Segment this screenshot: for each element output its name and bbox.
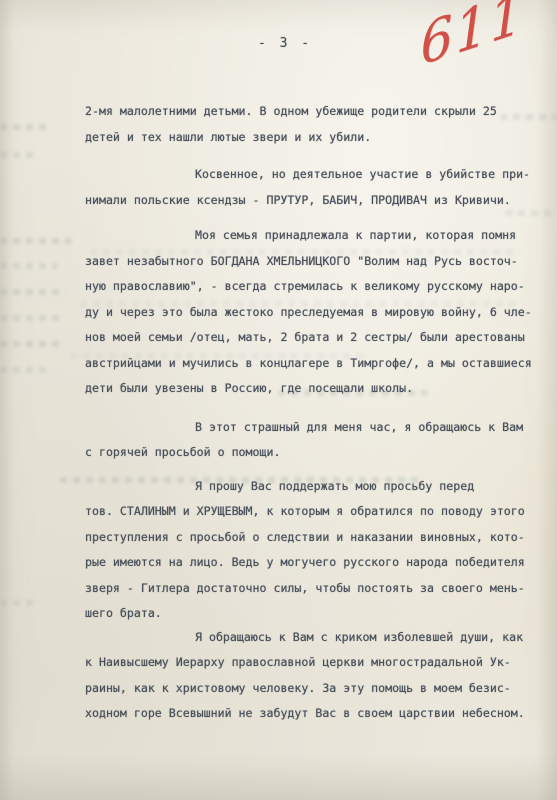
text-line: австрийцами и мучились в концлагере в Ти…: [85, 356, 537, 382]
paragraph: Косвенное, но деятельное участие в убийс…: [85, 167, 537, 218]
text-line: завет незабытного БОГДАНА ХМЕЛЬНИЦКОГО "…: [85, 254, 537, 280]
bleed-through-mark: [0, 367, 50, 373]
text-line: ную православию", - всегда стремилась к …: [85, 279, 537, 305]
text-line: Косвенное, но деятельное участие в убийс…: [85, 167, 537, 193]
text-line: Я прошу Вас поддержать мою просьбу перед: [85, 479, 537, 505]
paragraph: В этот страшный для меня час, я обращаюс…: [85, 420, 537, 471]
bleed-through-mark: [0, 238, 72, 244]
bleed-through-mark: [0, 315, 60, 321]
scanned-letter-page: 611 - 3 - 2-мя малолетними детьми. В одн…: [0, 0, 557, 800]
text-line: к Наивысшему Иерарху православной церкви…: [85, 655, 537, 681]
text-line: ходном горе Всевышний не забудут Вас в с…: [85, 706, 537, 732]
bleed-through-mark: [0, 600, 40, 606]
text-line: рые имеются на лицо. Ведь у могучего рус…: [85, 555, 537, 581]
text-line: 2-мя малолетними детьми. В одном убежище…: [85, 104, 537, 130]
page-number: - 3 -: [258, 36, 312, 51]
bleed-through-mark: [0, 263, 58, 269]
text-line: нов моей семьи /отец, мать, 2 брата и 2 …: [85, 330, 537, 356]
bleed-through-mark: [0, 124, 52, 130]
bleed-through-mark: [0, 341, 64, 347]
text-line: зверя - Гитлера достаточно силы, чтобы п…: [85, 581, 537, 607]
bleed-through-mark: [0, 152, 36, 158]
text-line: нимали польские ксендзы - ПРУТУР, БАБИЧ,…: [85, 193, 537, 219]
text-line: тов. СТАЛИНЫМ и ХРУЩЕВЫМ, к которым я об…: [85, 504, 537, 530]
bleed-through-mark: [0, 289, 66, 295]
text-line: раины, как к христовому человеку. За эту…: [85, 681, 537, 707]
paragraph: Я обращаюсь к Вам с криком изболевшей ду…: [85, 630, 537, 732]
paragraph: 2-мя малолетними детьми. В одном убежище…: [85, 104, 537, 155]
text-line: преступления с просьбой о следствии и на…: [85, 530, 537, 556]
paragraph: Я прошу Вас поддержать мою просьбу перед…: [85, 479, 537, 632]
paragraph: Моя семья принадлежала к партии, которая…: [85, 228, 537, 407]
text-line: с горячей просьбой о помощи.: [85, 445, 537, 471]
text-line: Моя семья принадлежала к партии, которая…: [85, 228, 537, 254]
text-line: Я обращаюсь к Вам с криком изболевшей ду…: [85, 630, 537, 656]
folio-number-handwritten: 611: [419, 0, 536, 106]
text-line: детей и тех нашли лютые звери и их убили…: [85, 130, 537, 156]
text-line: ду и через это была жестоко преследуемая…: [85, 305, 537, 331]
text-line: В этот страшный для меня час, я обращаюс…: [85, 420, 537, 446]
letter-body: 2-мя малолетними детьми. В одном убежище…: [85, 104, 537, 732]
text-line: шего брата.: [85, 606, 537, 632]
text-line: дети были увезены в Россию, где посещали…: [85, 381, 537, 407]
